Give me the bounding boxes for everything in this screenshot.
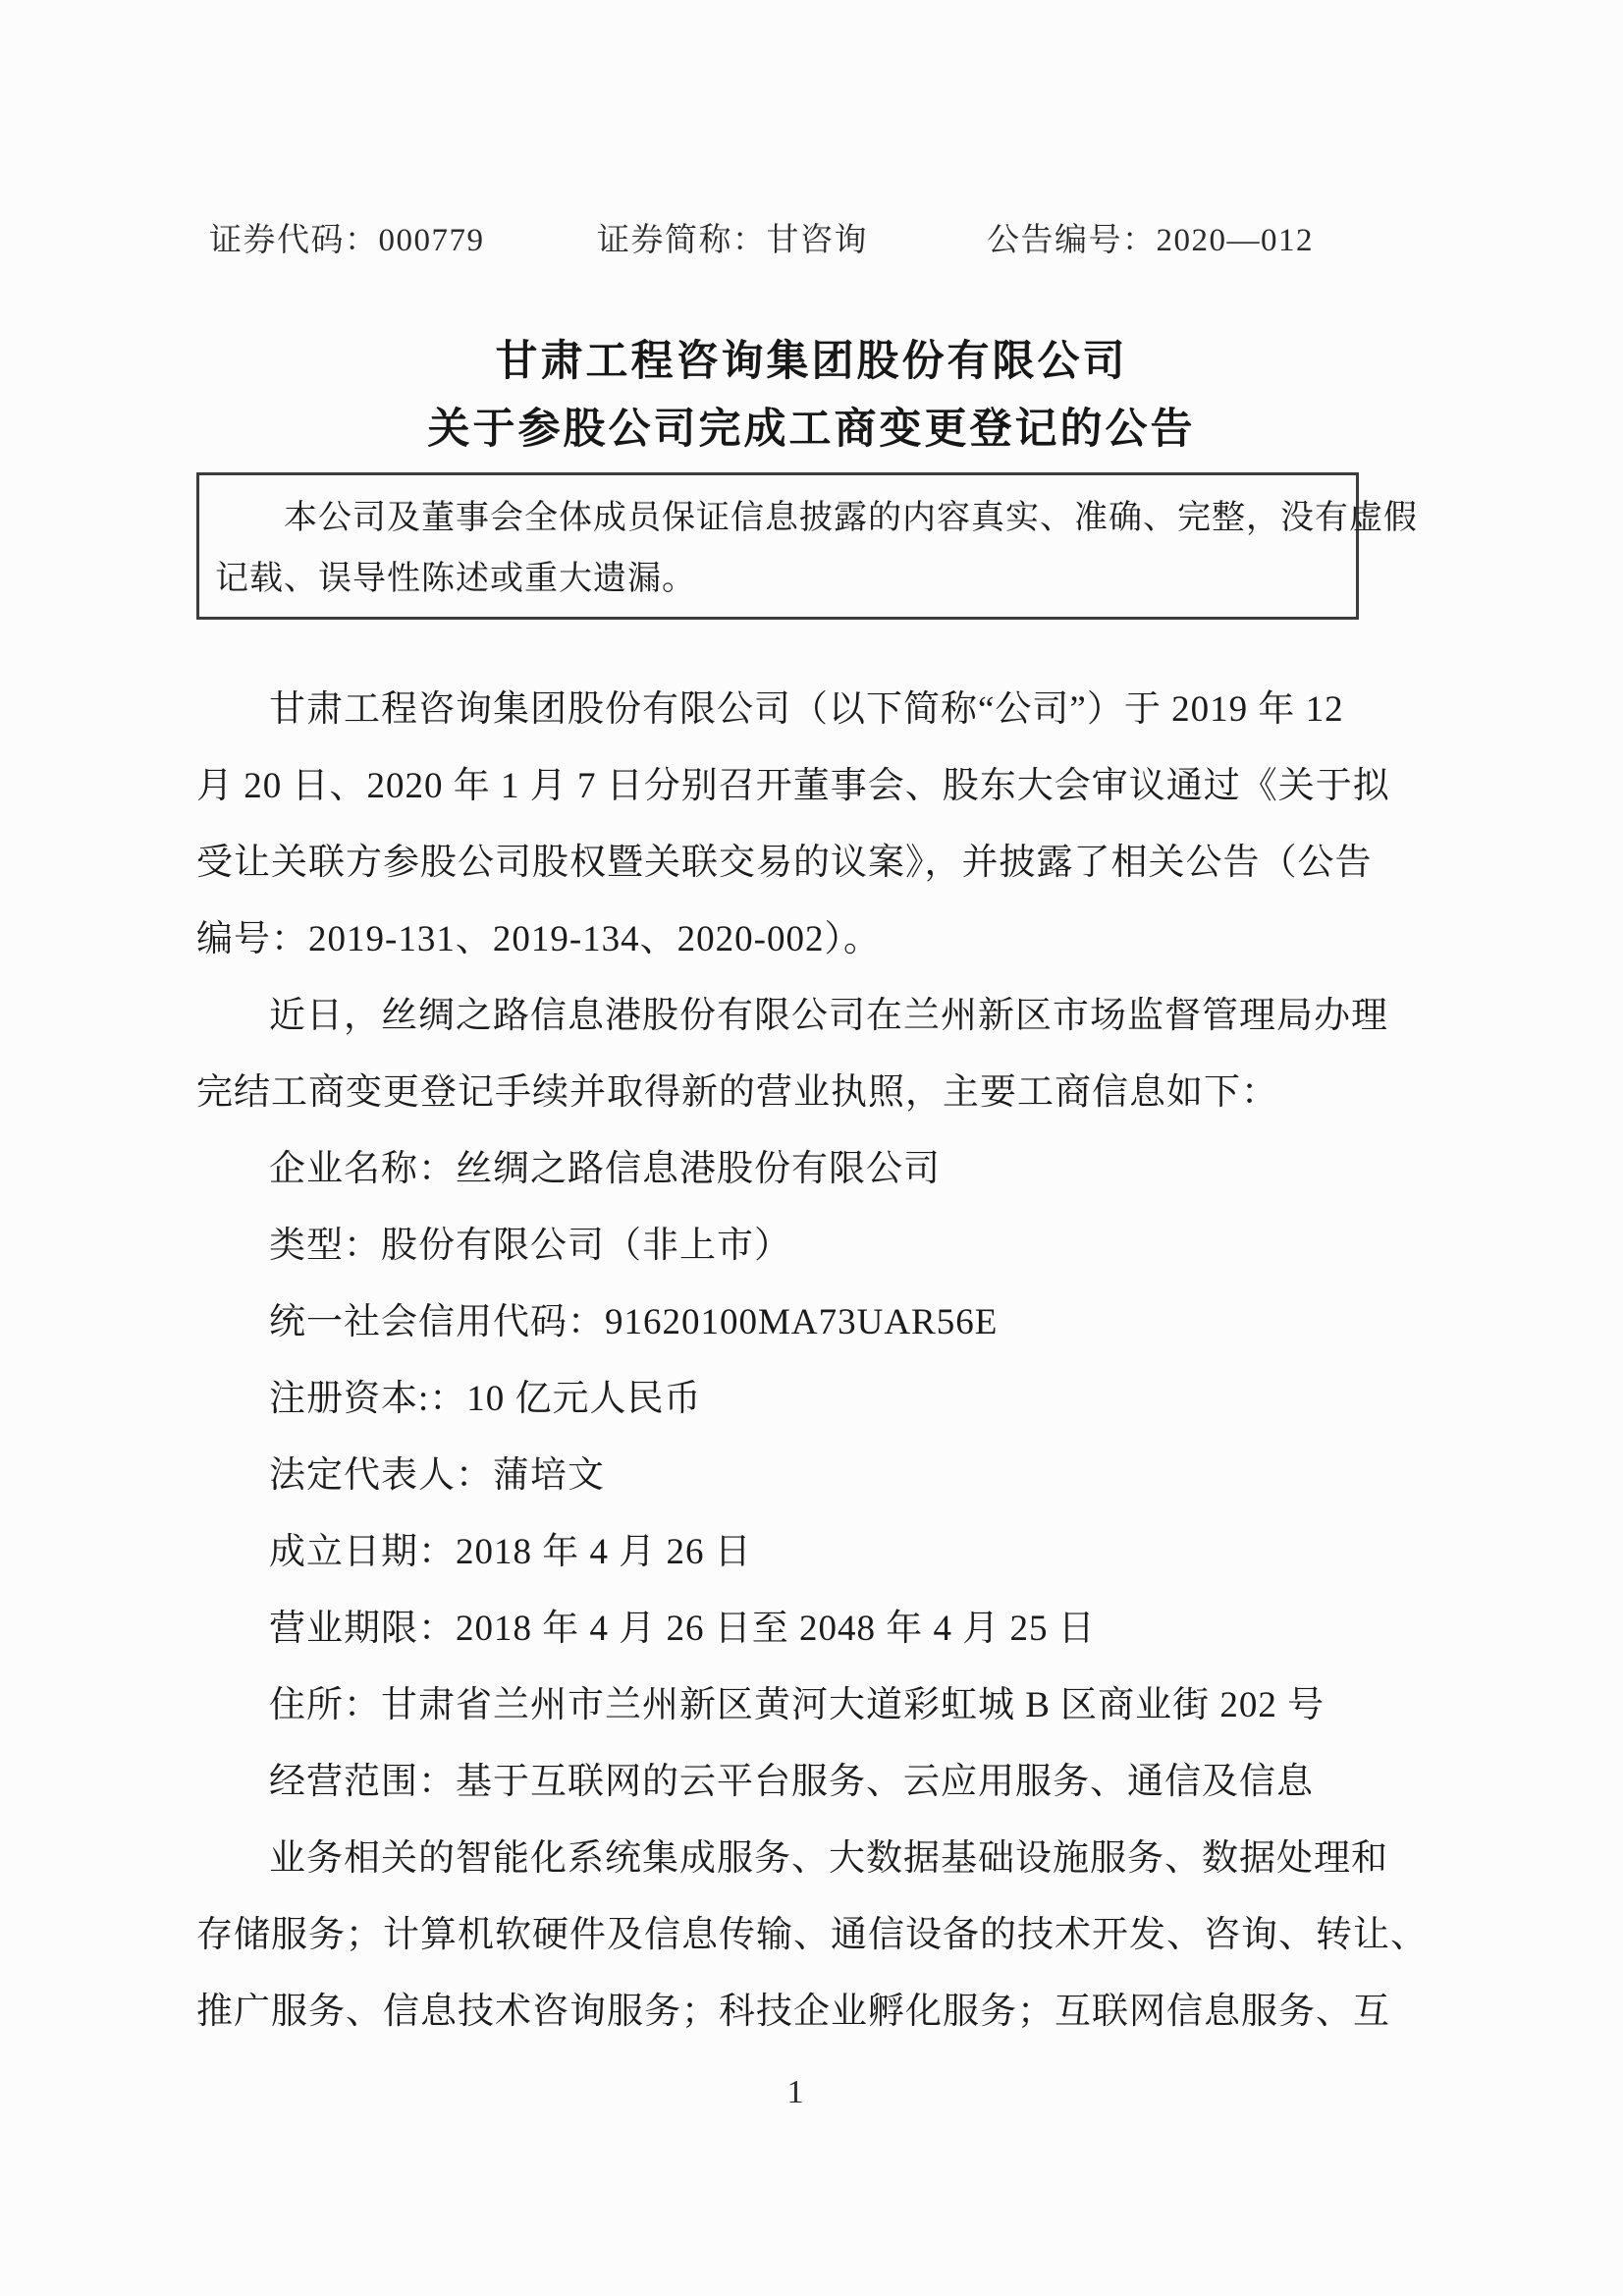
body-text-line: 统一社会信用代码：91620100MA73UAR56E	[196, 1285, 1435, 1361]
body-paragraphs: 甘肃工程咨询集团股份有限公司（以下简称“公司”）于 2019 年 12月 20 …	[196, 672, 1435, 2050]
disclaimer-box: 本公司及董事会全体成员保证信息披露的内容真实、准确、完整，没有虚假记载、误导性陈…	[196, 472, 1359, 620]
body-text-line: 存储服务；计算机软硬件及信息传输、通信设备的技术开发、咨询、转让、	[196, 1897, 1435, 1974]
notice-text-line: 本公司及董事会全体成员保证信息披露的内容真实、准确、完整，没有虚假	[215, 488, 1336, 549]
notice-text-line: 记载、误导性陈述或重大遗漏。	[215, 549, 1336, 610]
company-name-title: 甘肃工程咨询集团股份有限公司	[0, 328, 1623, 388]
body-text-line: 营业期限：2018 年 4 月 26 日至 2048 年 4 月 25 日	[196, 1591, 1435, 1667]
body-text-line: 甘肃工程咨询集团股份有限公司（以下简称“公司”）于 2019 年 12	[196, 672, 1435, 748]
body-text-line: 住所：甘肃省兰州市兰州新区黄河大道彩虹城 B 区商业街 202 号	[196, 1667, 1435, 1744]
body-text-line: 受让关联方参股公司股权暨关联交易的议案》，并披露了相关公告（公告	[196, 825, 1435, 902]
body-text-line: 注册资本:：10 亿元人民币	[196, 1361, 1435, 1438]
announcement-number-label: 公告编号：2020—012	[987, 214, 1314, 260]
body-text-line: 成立日期：2018 年 4 月 26 日	[196, 1514, 1435, 1591]
body-text-line: 企业名称：丝绸之路信息港股份有限公司	[196, 1131, 1435, 1208]
body-text-line: 月 20 日、2020 年 1 月 7 日分别召开董事会、股东大会审议通过《关于…	[196, 748, 1435, 825]
body-text-line: 编号：2019-131、2019-134、2020-002）。	[196, 902, 1435, 978]
body-text-line: 完结工商变更登记手续并取得新的营业执照，主要工商信息如下：	[196, 1055, 1435, 1131]
body-text-line: 经营范围：基于互联网的云平台服务、云应用服务、通信及信息	[196, 1744, 1435, 1821]
body-text-line: 推广服务、信息技术咨询服务；科技企业孵化服务；互联网信息服务、互	[196, 1974, 1435, 2050]
announcement-title: 关于参股公司完成工商变更登记的公告	[0, 396, 1623, 456]
announcement-document-page: 证券代码：000779 证券简称：甘咨询 公告编号：2020—012 甘肃工程咨…	[0, 0, 1623, 2296]
body-text-line: 近日，丝绸之路信息港股份有限公司在兰州新区市场监督管理局办理	[196, 978, 1435, 1055]
body-text-line: 类型：股份有限公司（非上市）	[196, 1208, 1435, 1285]
body-text-line: 业务相关的智能化系统集成服务、大数据基础设施服务、数据处理和	[196, 1821, 1435, 1897]
page-number: 1	[0, 2074, 1591, 2111]
stock-code-label: 证券代码：000779	[209, 214, 485, 260]
stock-short-name-label: 证券简称：甘咨询	[597, 214, 868, 260]
body-text-line: 法定代表人：蒲培文	[196, 1438, 1435, 1514]
